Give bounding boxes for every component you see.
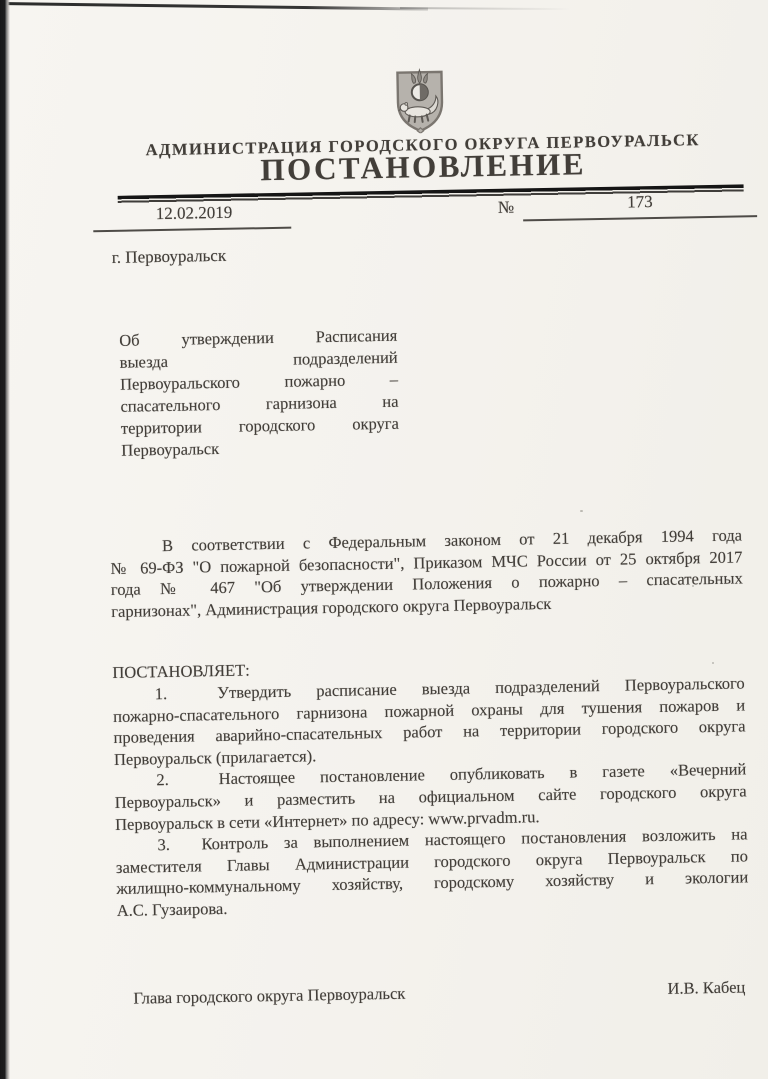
scanned-document-page: АДМИНИСТРАЦИЯ ГОРОДСКОГО ОКРУГА ПЕРВОУРА… bbox=[0, 0, 768, 1079]
scan-left-edge-artifact bbox=[0, 0, 10, 1079]
number-sign: № bbox=[498, 198, 515, 218]
resolution-item-3: 3. Контроль за выполнением настоящего по… bbox=[115, 824, 748, 922]
signature-row: Глава городского округа Первоуральск И.В… bbox=[133, 976, 745, 1008]
resolution-item-2: 2. Настоящее постановление опубликовать … bbox=[114, 759, 747, 835]
preamble-paragraph: В соответствии с Федеральным законом от … bbox=[110, 524, 743, 622]
signature-title: Глава городского округа Первоуральск bbox=[133, 983, 405, 1009]
text-line: Первоуральск bbox=[121, 435, 399, 462]
coat-of-arms-svg bbox=[392, 67, 447, 134]
document-body: В соответствии с Федеральным законом от … bbox=[110, 524, 749, 921]
signature-name: И.В. Кабец bbox=[667, 976, 745, 998]
subject-block: Об утверждении Расписаниявыезда подразде… bbox=[119, 325, 399, 462]
document-sheet: АДМИНИСТРАЦИЯ ГОРОДСКОГО ОКРУГА ПЕРВОУРА… bbox=[0, 0, 768, 1079]
number-value: 173 bbox=[523, 190, 757, 214]
date-value: 12.02.2019 bbox=[97, 202, 291, 226]
date-underline bbox=[93, 227, 291, 233]
number-underline bbox=[523, 215, 757, 221]
place-line: г. Первоуральск bbox=[112, 246, 227, 268]
coat-of-arms-icon bbox=[392, 67, 447, 134]
resolution-item-1: 1. Утвердить расписание выезда подраздел… bbox=[113, 672, 746, 770]
